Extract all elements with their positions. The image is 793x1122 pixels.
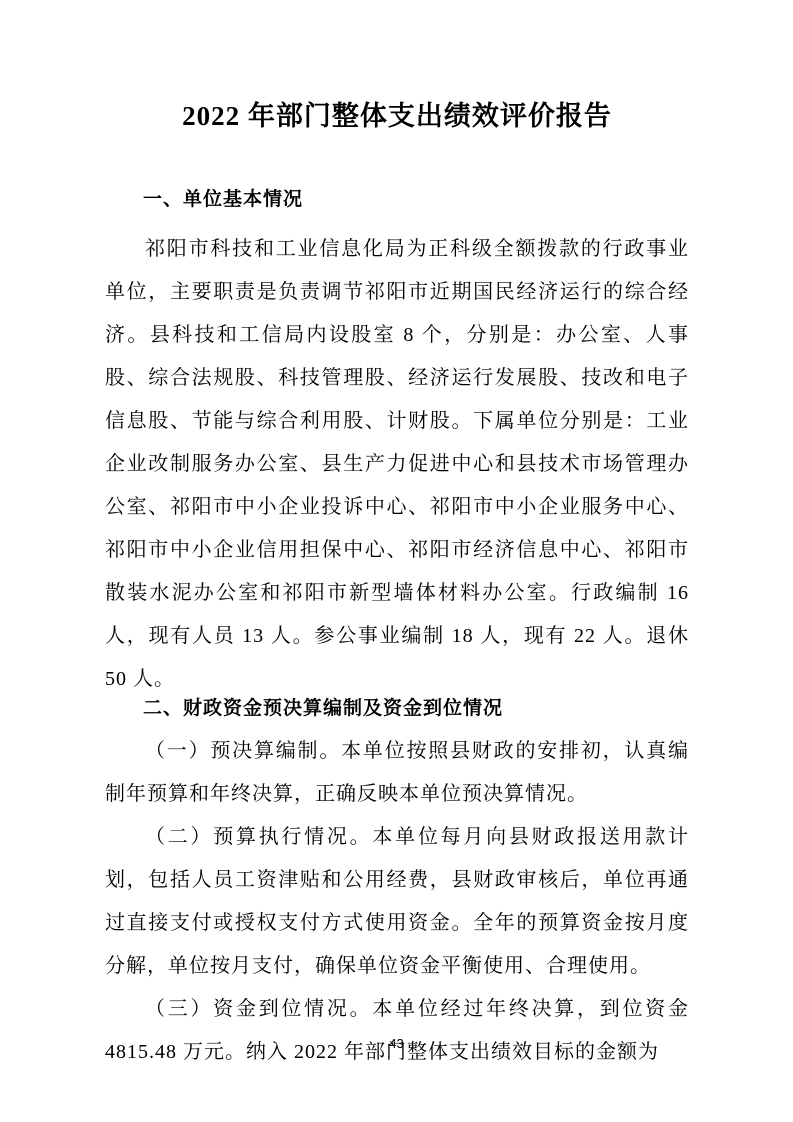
paragraph-budget-preparation: （一）预决算编制。本单位按照县财政的安排初，认真编制年预算和年终决算，正确反映本… [105, 730, 689, 816]
section-heading-unit-basic-info: 一、单位基本情况 [105, 186, 689, 213]
paragraph-budget-execution: （二）预算执行情况。本单位每月向县财政报送用款计划，包括人员工资津贴和公用经费，… [105, 816, 689, 988]
section-heading-budget-funds: 二、财政资金预决算编制及资金到位情况 [105, 687, 689, 730]
document-title: 2022 年部门整体支出绩效评价报告 [105, 0, 689, 135]
page-number: 43 [0, 1036, 793, 1051]
paragraph-unit-overview: 祁阳市科技和工业信息化局为正科级全额拨款的行政事业单位，主要职责是负责调节祁阳市… [105, 228, 689, 701]
document-content: 2022 年部门整体支出绩效评价报告 一、单位基本情况 祁阳市科技和工业信息化局… [105, 0, 689, 1074]
paragraph-funds-in-place: （三）资金到位情况。本单位经过年终决算，到位资金 4815.48 万元。纳入 2… [105, 988, 689, 1074]
document-page: 2022 年部门整体支出绩效评价报告 一、单位基本情况 祁阳市科技和工业信息化局… [0, 0, 793, 1122]
